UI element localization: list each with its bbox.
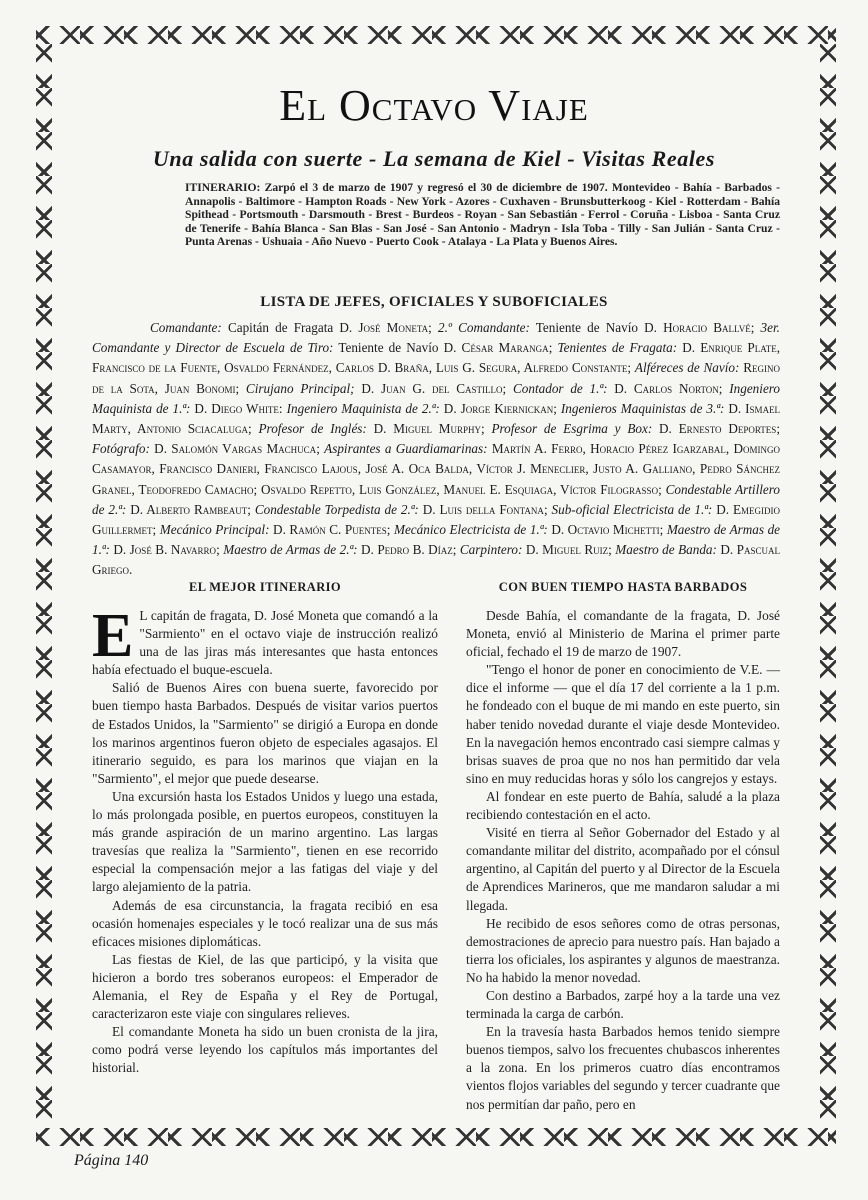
roster-role: Tenientes de Fragata: (557, 340, 677, 355)
body-paragraph: "Tengo el honor de poner en conocimiento… (466, 661, 780, 788)
page-number: Página 140 (74, 1152, 148, 1170)
roster-role: Profesor de Esgrima y Box: (491, 421, 652, 436)
roster-role: Mecánico Principal: (160, 522, 270, 537)
paragraph-text: L capitán de fragata, D. José Moneta que… (92, 608, 438, 677)
roster-title: LISTA DE JEFES, OFICIALES Y SUBOFICIALES (0, 294, 868, 311)
body-paragraph: Una excursión hasta los Estados Unidos y… (92, 788, 438, 897)
ornamental-border-top (36, 26, 836, 44)
roster-names: D. Alberto Rambeaut (130, 502, 247, 517)
body-paragraph: He recibido de esos señores como de otra… (466, 915, 780, 987)
roster-role: Condestable Torpedista de 2.ª: (255, 502, 419, 517)
roster-names: D. José Moneta (339, 320, 428, 335)
right-column-heading: CON BUEN TIEMPO HASTA BARBADOS (466, 580, 780, 595)
left-column-heading: EL MEJOR ITINERARIO (92, 580, 438, 595)
roster-role: Sub-oficial Electricista de 1.ª: (552, 502, 713, 517)
roster-names: D. Pedro B. Díaz (361, 542, 453, 557)
roster-names: D. César Maranga (444, 340, 549, 355)
roster-names: D. José B. Navarro (113, 542, 216, 557)
body-paragraph: En la travesía hasta Barbados hemos teni… (466, 1023, 780, 1113)
body-paragraph: Salió de Buenos Aires con buena suerte, … (92, 679, 438, 788)
page-subtitle: Una salida con suerte - La semana de Kie… (0, 146, 868, 172)
roster-role: Profesor de Inglés: (259, 421, 367, 436)
roster-names: D. Jorge Kiernickan (444, 401, 553, 416)
page-title: El Octavo Viaje (0, 84, 868, 128)
roster-names: D. Miguel Murphy (374, 421, 481, 436)
roster-role: Fotógrafo: (92, 441, 150, 456)
ornamental-border-right (820, 44, 836, 1128)
left-column: EL MEJOR ITINERARIO EL capitán de fragat… (92, 580, 438, 1077)
roster-names: D. Carlos Norton (614, 381, 719, 396)
body-paragraph: Con destino a Barbados, zarpé hoy a la t… (466, 987, 780, 1023)
roster-names: D. Horacio Ballvé (644, 320, 751, 335)
roster-role: Carpintero: (460, 542, 523, 557)
roster-names: D. Ramón C. Puentes (273, 522, 387, 537)
roster-role: Cirujano Principal; (246, 381, 355, 396)
roster-names: D. Salomón Vargas Machuca (154, 441, 316, 456)
roster-role: 2.º Comandante: (438, 320, 530, 335)
roster-names: D. Octavio Michetti (551, 522, 659, 537)
ornamental-border-left (36, 44, 52, 1128)
roster-names: D. Ernesto Deportes (659, 421, 776, 436)
roster-names: D. Diego White: (194, 401, 282, 416)
body-paragraph: El comandante Moneta ha sido un buen cro… (92, 1023, 438, 1077)
body-paragraph: Visité en tierra al Señor Gobernador del… (466, 824, 780, 914)
right-column: CON BUEN TIEMPO HASTA BARBADOS Desde Bah… (466, 580, 780, 1114)
roster-role: Aspirantes a Guardiamarinas: (324, 441, 487, 456)
roster-role: Maestro de Banda: (615, 542, 717, 557)
roster-names: D. Juan G. del Castillo (361, 381, 502, 396)
roster-role: Ingeniero Maquinista de 2.ª: (287, 401, 440, 416)
roster-role: Mecánico Electricista de 1.ª: (394, 522, 548, 537)
ornamental-border-bottom (36, 1128, 836, 1146)
itinerary-text: ITINERARIO: Zarpó el 3 de marzo de 1907 … (185, 181, 780, 249)
roster-names: D. Luis della Fontana (423, 502, 544, 517)
roster-role: Ingenieros Maquinistas de 3.ª: (561, 401, 724, 416)
roster-role: Maestro de Armas de 2.ª: (223, 542, 357, 557)
body-paragraph: Las fiestas de Kiel, de las que particip… (92, 951, 438, 1023)
roster-names: D. Miguel Ruiz (526, 542, 608, 557)
roster-role: Alféreces de Navío: (635, 360, 740, 375)
body-paragraph: Al fondear en este puerto de Bahía, salu… (466, 788, 780, 824)
body-paragraph: Además de esa circunstancia, la fragata … (92, 897, 438, 951)
roster-paragraph: Comandante: Capitán de Fragata D. José M… (92, 318, 780, 581)
body-paragraph: Desde Bahía, el comandante de la fragata… (466, 607, 780, 661)
drop-cap: E (92, 609, 139, 661)
roster-role: Contador de 1.ª: (513, 381, 608, 396)
roster-role: Comandante: (150, 320, 222, 335)
body-paragraph: EL capitán de fragata, D. José Moneta qu… (92, 607, 438, 679)
